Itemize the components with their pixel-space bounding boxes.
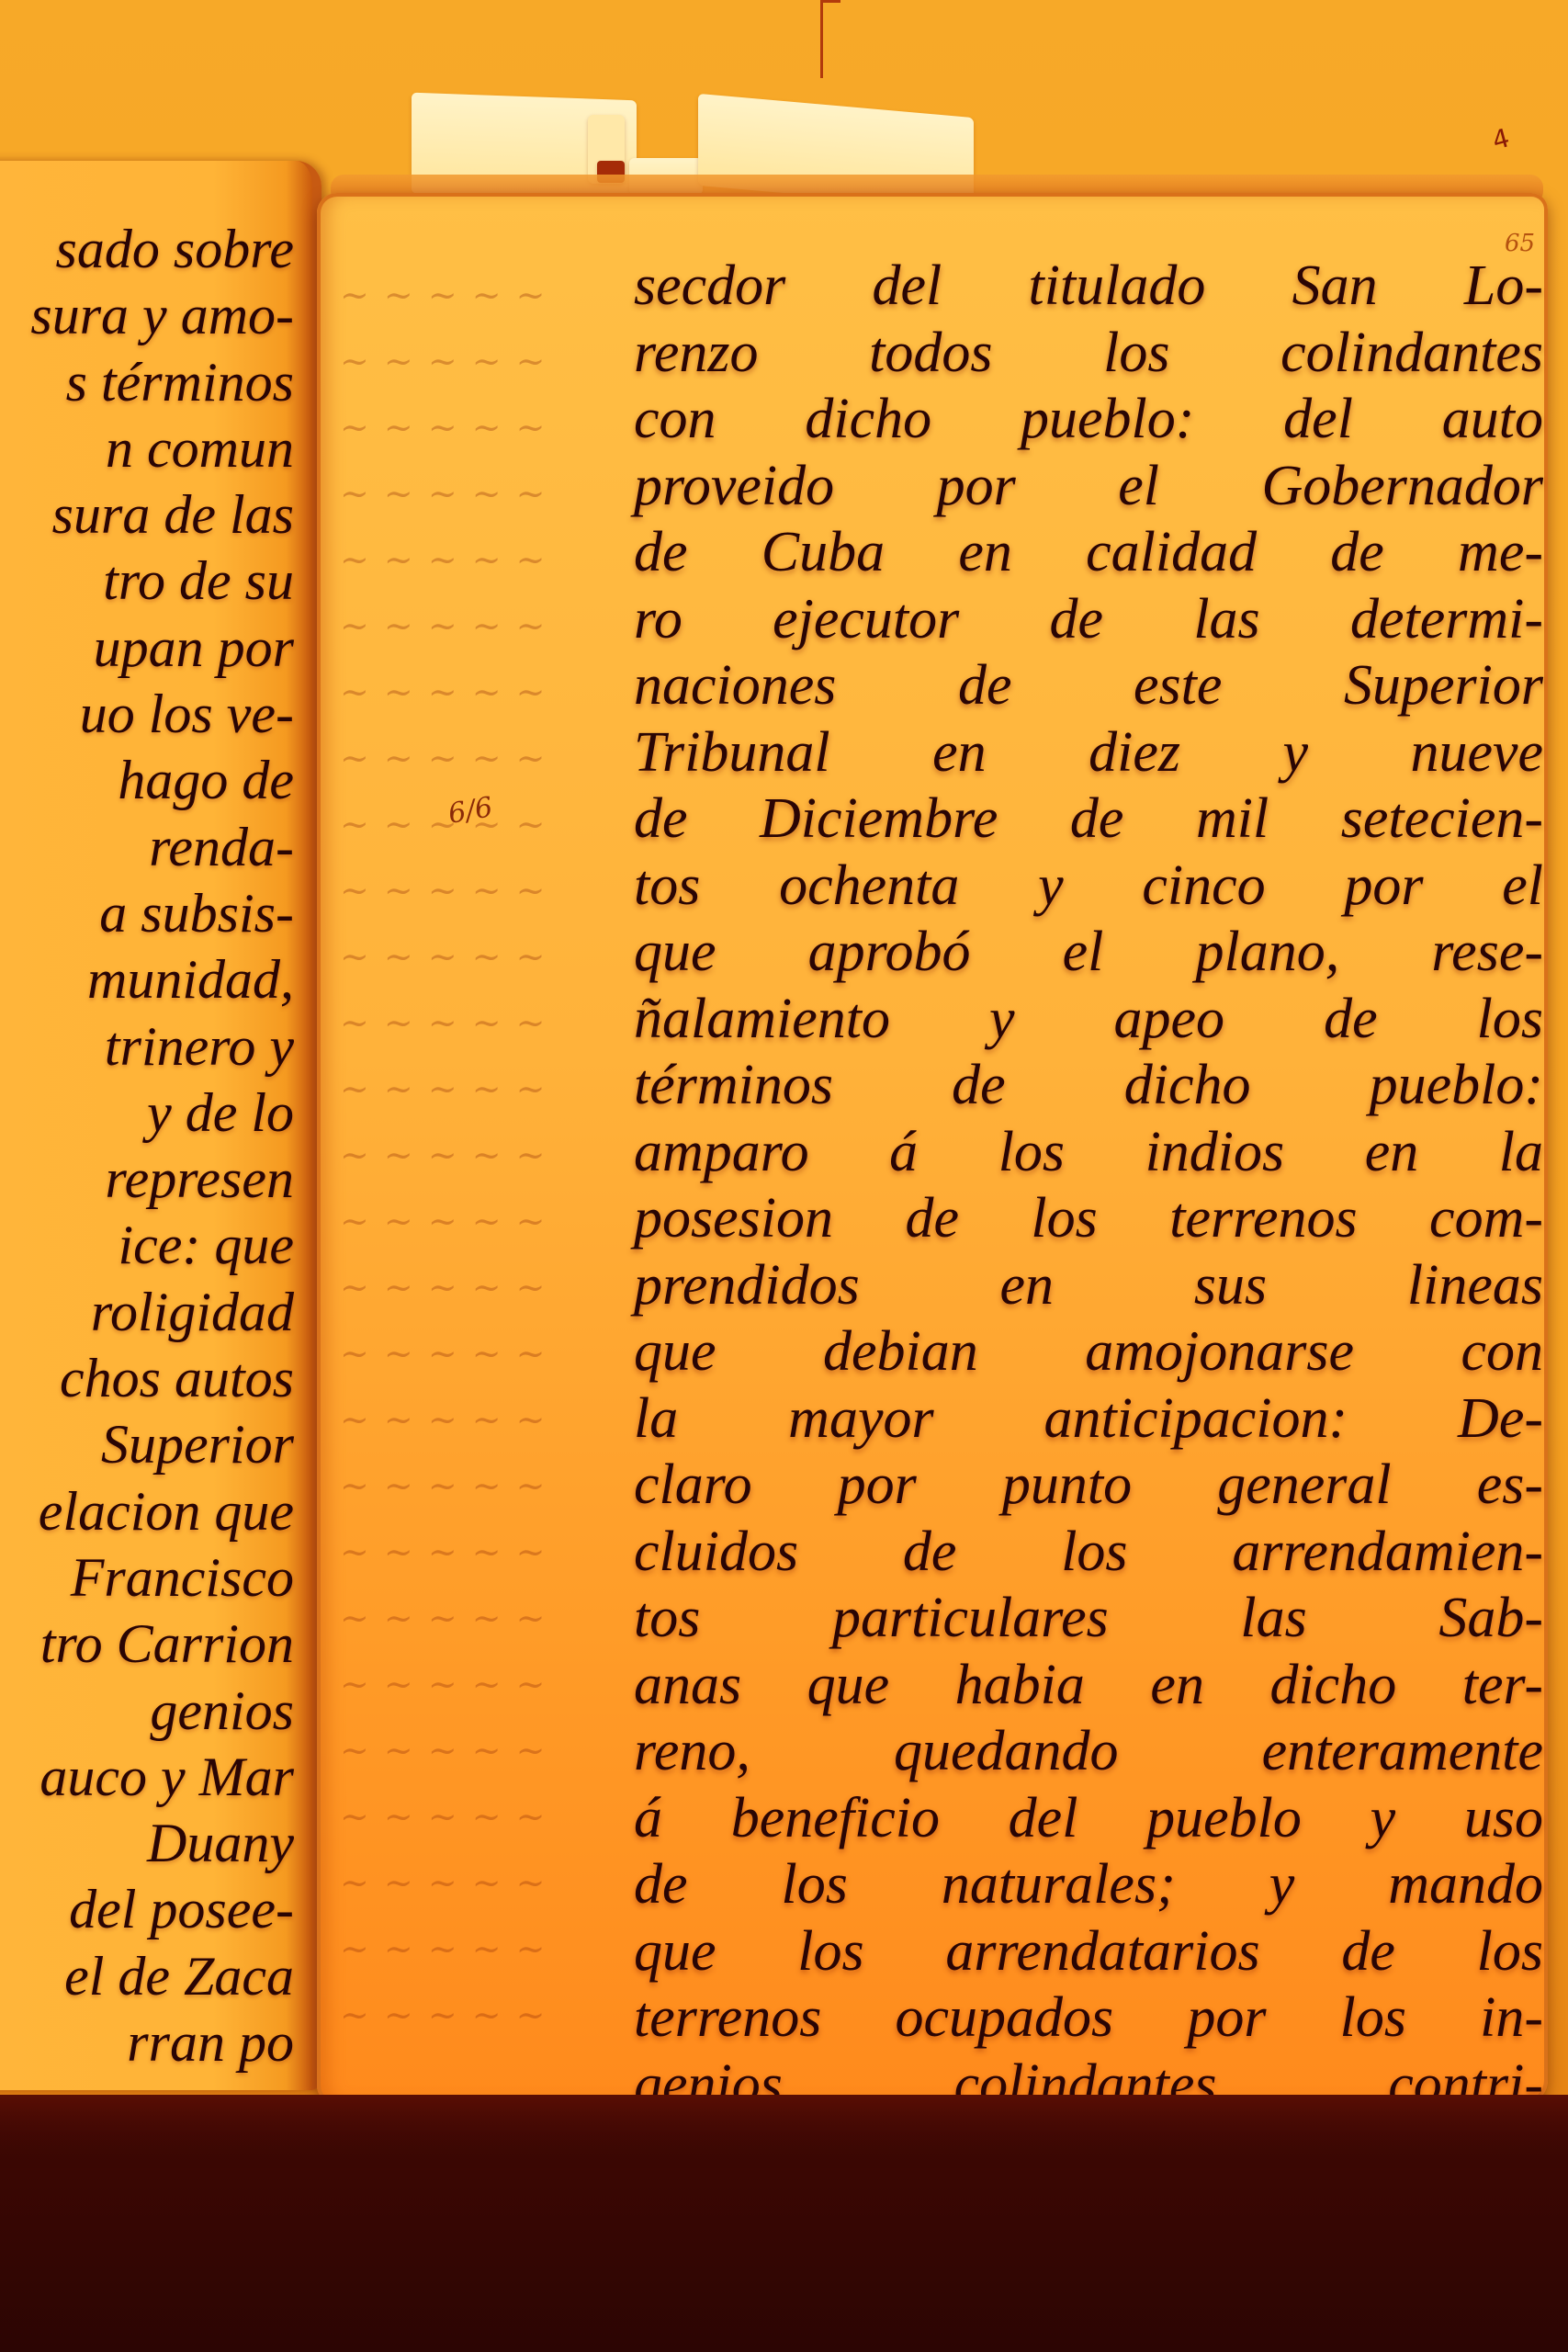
text-line: auco y Mar bbox=[0, 1744, 294, 1810]
text-line: naciones de este Superior bbox=[634, 652, 1543, 719]
text-line: á beneficio del pueblo y uso bbox=[634, 1785, 1543, 1852]
text-line: elacion que bbox=[0, 1478, 294, 1544]
dark-table-surface bbox=[0, 2095, 1568, 2352]
text-line: reno, quedando enteramente bbox=[634, 1718, 1543, 1785]
text-line: que aprobó el plano, rese- bbox=[634, 919, 1543, 986]
left-page-text: sado sobre sura y amo- s términos n comu… bbox=[0, 216, 294, 2075]
text-line: sura de las bbox=[0, 481, 294, 548]
text-line: de los naturales; y mando bbox=[634, 1851, 1543, 1918]
text-line: que los arrendatarios de los bbox=[634, 1918, 1543, 1985]
text-line: tos particulares las Sab- bbox=[634, 1585, 1543, 1652]
text-line: uo los ve- bbox=[0, 681, 294, 747]
text-line: a subsis- bbox=[0, 880, 294, 946]
text-line: con dicho pueblo: del auto bbox=[634, 386, 1543, 453]
text-line: hago de bbox=[0, 747, 294, 813]
text-line: upan por bbox=[0, 615, 294, 681]
text-line: sado sobre bbox=[0, 216, 294, 282]
text-line: chos autos bbox=[0, 1345, 294, 1411]
text-line: Francisco bbox=[0, 1544, 294, 1611]
text-line: la mayor anticipacion: De- bbox=[634, 1385, 1543, 1453]
text-line: prendidos en sus lineas bbox=[634, 1252, 1543, 1319]
text-line: posesion de los terrenos com- bbox=[634, 1185, 1543, 1252]
text-line: n comun bbox=[0, 415, 294, 481]
text-line: genios bbox=[0, 1678, 294, 1744]
text-line: rran po bbox=[0, 2009, 294, 2075]
text-line: munidad, bbox=[0, 946, 294, 1012]
text-line: terrenos ocupados por los in- bbox=[634, 1984, 1543, 2052]
text-line: sura y amo- bbox=[0, 282, 294, 348]
bleed-through-text: ~ ~ ~ ~ ~~ ~ ~ ~ ~~ ~ ~ ~ ~~ ~ ~ ~ ~ ~ ~… bbox=[340, 262, 606, 2048]
text-line: tro de su bbox=[0, 548, 294, 614]
text-line: de Cuba en calidad de me- bbox=[634, 519, 1543, 586]
text-line: cluidos de los arrendamien- bbox=[634, 1519, 1543, 1586]
text-line: de Diciembre de mil setecien- bbox=[634, 786, 1543, 853]
text-line: s términos bbox=[0, 349, 294, 415]
text-line: roligidad bbox=[0, 1279, 294, 1345]
text-line: y de lo bbox=[0, 1080, 294, 1146]
corner-mark: 4 bbox=[1489, 122, 1513, 155]
text-line: que debian amojonarse con bbox=[634, 1318, 1543, 1385]
text-line: secdor del titulado San Lo- bbox=[634, 253, 1543, 320]
text-line: renzo todos los colindantes bbox=[634, 320, 1543, 387]
text-line: amparo á los indios en la bbox=[634, 1119, 1543, 1186]
text-line: términos de dicho pueblo: bbox=[634, 1052, 1543, 1119]
right-page-text: secdor del titulado San Lo- renzo todos … bbox=[634, 253, 1543, 2118]
top-marker bbox=[820, 0, 823, 78]
text-line: ro ejecutor de las determi- bbox=[634, 586, 1543, 653]
text-line: Duany bbox=[0, 1810, 294, 1876]
text-line: el de Zaca bbox=[0, 1943, 294, 2009]
text-line: tos ochenta y cinco por el bbox=[634, 853, 1543, 920]
text-line: claro por punto general es- bbox=[634, 1452, 1543, 1519]
text-line: ñalamiento y apeo de los bbox=[634, 986, 1543, 1053]
text-line: Tribunal en diez y nueve bbox=[634, 719, 1543, 786]
text-line: del posee- bbox=[0, 1876, 294, 1942]
text-line: proveido por el Gobernador bbox=[634, 453, 1543, 520]
text-line: trinero y bbox=[0, 1013, 294, 1080]
text-line: Superior bbox=[0, 1411, 294, 1477]
text-line: rendа- bbox=[0, 814, 294, 880]
text-line: anas que habia en dicho ter- bbox=[634, 1652, 1543, 1719]
manuscript-scene: 4 65 6/6 ~ ~ ~ ~ ~~ ~ ~ ~ ~~ ~ ~ ~ ~~ ~ … bbox=[0, 0, 1568, 2352]
text-line: represen bbox=[0, 1146, 294, 1212]
text-line: ice: que bbox=[0, 1212, 294, 1278]
text-line: tro Carrion bbox=[0, 1611, 294, 1677]
